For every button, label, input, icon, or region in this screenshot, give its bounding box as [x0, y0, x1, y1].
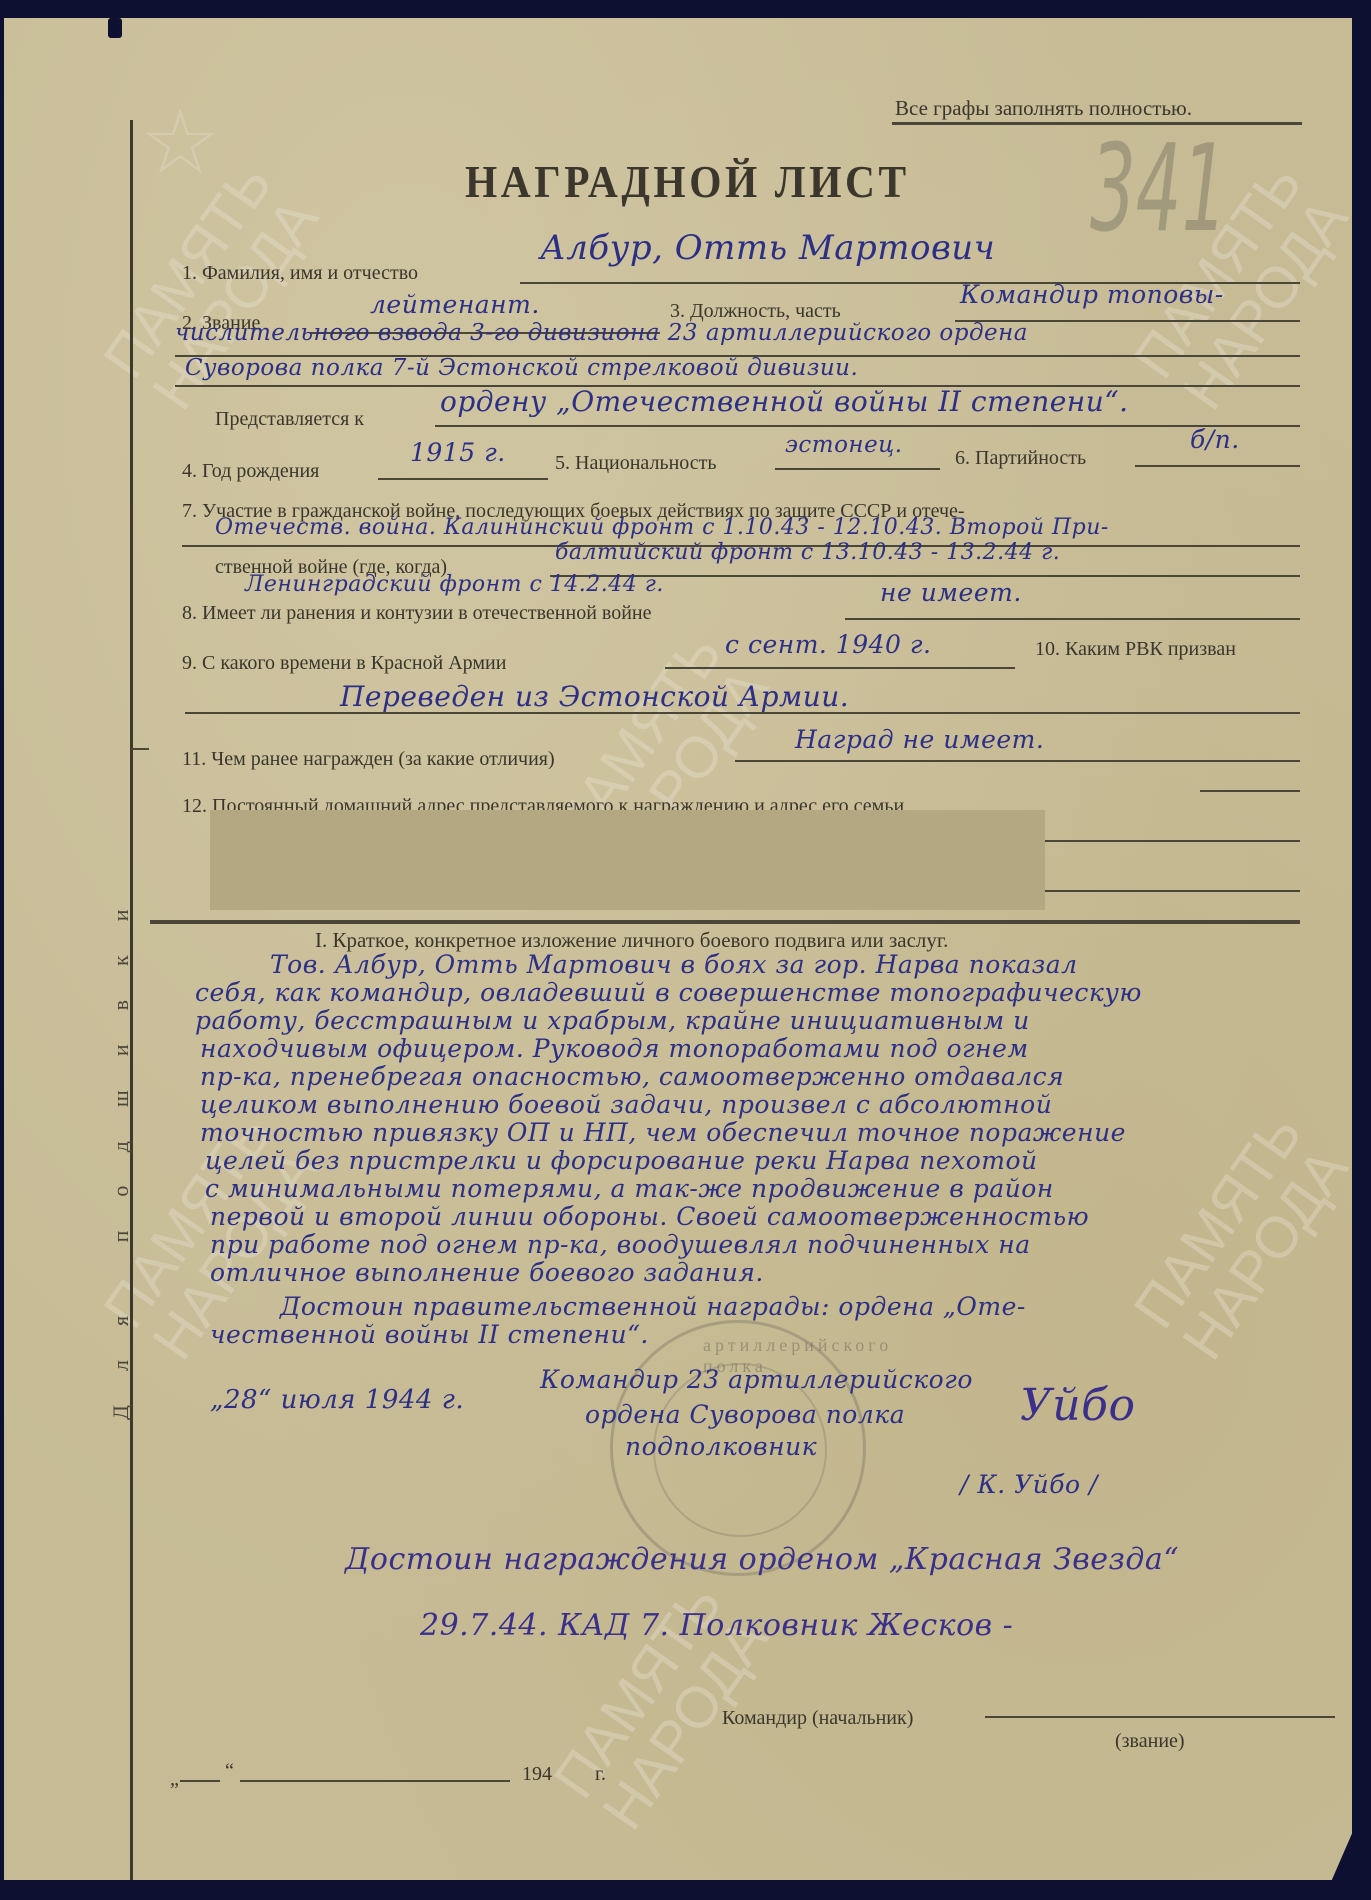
narrative-line: с минимальными потерями, а так-же продви…: [205, 1174, 1054, 1203]
signer-title-1: Командир 23 артиллерийского: [540, 1365, 973, 1394]
field-label-birth-year: 4. Год рождения: [182, 460, 319, 483]
narrative-line: отличное выполнение боевого задания.: [210, 1258, 764, 1287]
field-rule: [735, 760, 1300, 762]
commander-signature: Уйбо: [1020, 1380, 1135, 1431]
field-value-presented: ордену „Отечественной войны II степени“.: [440, 385, 1129, 418]
field-value-position-3: Суворова полка 7-й Эстонской стрелковой …: [185, 355, 858, 381]
field-value-participation-2: балтийский фронт с 13.10.43 - 13.2.44 г.: [555, 540, 1060, 565]
narrative-line: Тов. Албур, Отть Мартович в боях за гор.…: [270, 950, 1078, 979]
submission-date: „28“ июля 1944 г.: [210, 1385, 464, 1415]
side-margin-text: Для подшивки: [108, 875, 134, 1420]
field-value-name: Албур, Отть Мартович: [540, 228, 995, 268]
field-value-wounds: не имеет.: [880, 578, 1022, 607]
field-rule: [435, 425, 1300, 427]
signer-rank: подполковник: [625, 1432, 817, 1461]
narrative-line: чественной войны II степени“.: [210, 1320, 649, 1349]
field-label-nationality: 5. Национальность: [555, 452, 717, 475]
field-value-position-2: числительного взвода 3-го дивизиона 23 а…: [175, 320, 1028, 346]
resolution-line-1: Достоин награждения орденом „Красная Зве…: [345, 1542, 1179, 1577]
redacted-address: [210, 810, 1045, 910]
date-quote-open: „: [170, 1768, 179, 1791]
punch-hole: [108, 18, 122, 38]
field-label-presented: Представляется к: [215, 408, 364, 431]
field-value-participation-3: Ленинградский фронт с 14.2.44 г.: [245, 572, 664, 597]
narrative-line: пр-ка, пренебрегая опасностью, самоотвер…: [200, 1062, 1064, 1091]
date-month-rule: [240, 1780, 510, 1782]
field-rule: [378, 478, 548, 480]
field-value-rvk: Переведен из Эстонской Армии.: [340, 680, 849, 713]
narrative-line: при работе под огнем пр-ка, воодушевлял …: [210, 1230, 1031, 1259]
field-value-prior-awards: Наград не имеет.: [795, 725, 1044, 754]
narrative-line: точностью привязку ОП и НП, чем обеспечи…: [200, 1118, 1126, 1147]
field-rule: [185, 712, 1300, 714]
year-suffix: г.: [595, 1763, 606, 1786]
narrative-line: первой и второй линии обороны. Своей сам…: [210, 1202, 1089, 1231]
date-quote-close: “: [225, 1760, 234, 1783]
field-label-prior-awards: 11. Чем ранее награжден (за какие отличи…: [182, 748, 555, 771]
field-label-wounds: 8. Имеет ли ранения и контузии в отечест…: [182, 602, 651, 625]
field-value-nationality: эстонец.: [785, 432, 903, 458]
archive-number-stamp: 341: [1090, 120, 1227, 259]
field-rule: [1200, 790, 1300, 792]
commander-label: Командир (начальник): [722, 1707, 913, 1730]
field-value-army-since: с сент. 1940 г.: [725, 630, 931, 659]
field-rule: [1135, 465, 1300, 467]
field-label-name: 1. Фамилия, имя и отчество: [182, 262, 418, 285]
narrative-line: находчивым офицером. Руководя топоработа…: [200, 1034, 1029, 1063]
field-label-rvk: 10. Каким РВК призван: [1035, 638, 1236, 661]
rank-caption: (звание): [1115, 1730, 1185, 1753]
resolution-line-2: 29.7.44. КАД 7. Полковник Жесков -: [420, 1608, 1013, 1643]
field-value-party: б/п.: [1190, 425, 1240, 454]
field-rule: [665, 667, 1015, 669]
watermark-star-icon: ☆: [140, 90, 221, 195]
narrative-line: себя, как командир, овладевший в соверше…: [195, 978, 1142, 1007]
date-day-rule: [180, 1780, 220, 1782]
page-title: НАГРАДНОЙ ЛИСТ: [465, 155, 910, 208]
field-label-party: 6. Партийность: [955, 447, 1086, 470]
field-rule: [985, 1716, 1335, 1718]
narrative-line: целей без пристрелки и форсирование реки…: [205, 1146, 1038, 1175]
header-note: Все графы заполнять полностью.: [895, 96, 1192, 121]
field-value-participation-1: Отечеств. война. Калининский фронт с 1.1…: [215, 515, 1109, 540]
signer-title-2: ордена Суворова полка: [585, 1400, 905, 1429]
field-value-birth-year: 1915 г.: [410, 438, 506, 467]
narrative-line: целиком выполнению боевой задачи, произв…: [200, 1090, 1052, 1119]
field-rule: [1045, 890, 1300, 892]
narrative-line: Достоин правительственной награды: орден…: [280, 1292, 1026, 1321]
field-rule: [775, 468, 940, 470]
field-value-position-1: Командир топовы-: [960, 280, 1224, 309]
field-rule: [845, 618, 1300, 620]
commander-name: / К. Уйбо /: [960, 1470, 1098, 1499]
section-divider: [150, 920, 1300, 924]
narrative-line: работу, бесстрашным и храбрым, крайне ин…: [195, 1006, 1030, 1035]
field-rule: [1045, 840, 1300, 842]
field-value-rank: лейтенант.: [370, 290, 540, 319]
year-label: 194: [522, 1763, 552, 1786]
field-label-army-since: 9. С какого времени в Красной Армии: [182, 652, 506, 675]
margin-tick: [131, 748, 149, 750]
